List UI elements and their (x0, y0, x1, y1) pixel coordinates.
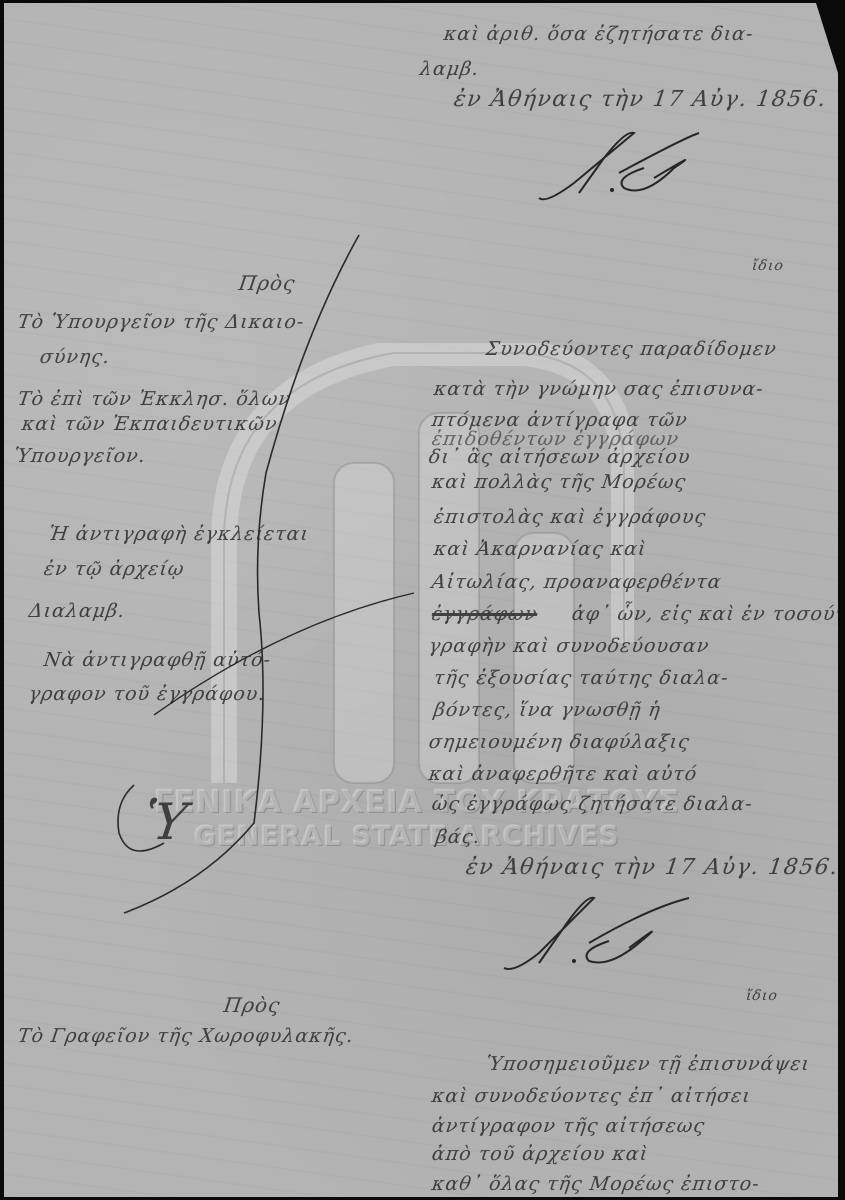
body-line-1: Συνοδεύοντες παραδίδομεν (484, 338, 778, 360)
second-body-line-4: ἀπὸ τοῦ ἀρχείου καὶ (430, 1143, 649, 1165)
middle-right-marker: ἴδιο (745, 988, 779, 1004)
body-line-15: καὶ ἀναφερθῆτε καὶ αὐτό (427, 763, 698, 785)
body-line-12: τῆς ἐξουσίας ταύτης διαλα- (432, 667, 730, 689)
body-line-9: Αἰτωλίας, προαναφερθέντα (430, 571, 723, 593)
manuscript-page: ΓΕΝΙΚΑ ΑΡΧΕΙΑ ΤΟΥ ΚΡΑΤΟΥΣ GENERAL STATE … (4, 3, 838, 1197)
body-line-6: καὶ πολλὰς τῆς Μορέως (430, 471, 687, 493)
body-date-line: ἐν Ἀθήναις τὴν 17 Αὐγ. 1856. (464, 855, 838, 880)
body-line-14: σημειουμένη διαφύλαξις (427, 731, 691, 753)
body-line-5: δι᾽ ἃς αἰτήσεων ἀρχείου (427, 446, 692, 468)
body-line-16: ὡς ἐγγράφως ζητήσατε διαλα- (430, 793, 754, 815)
signature-middle (499, 893, 699, 983)
body-line-7: ἐπιστολὰς καὶ ἐγγράφους (432, 506, 707, 528)
body-line-8: καὶ Ἀκαρνανίας καὶ (432, 538, 648, 560)
second-body-line-1: Ὑποσημειοῦμεν τῇ ἐπισυνάψει (484, 1053, 811, 1075)
body-line-10-rest: ἀφ᾽ ὧν, εἰς καὶ ἐν τοσούτῳ (570, 603, 838, 625)
body-line-17: βάς. (434, 826, 482, 848)
body-line-11: γραφὴν καὶ συνοδεύουσαν (427, 635, 711, 657)
recipient-gendarmerie: Τὸ Γραφεῖον τῆς Χωροφυλακῆς. (16, 1025, 355, 1047)
second-body-line-2: καὶ συνοδεύοντες ἐπ᾽ αἰτήσει (430, 1085, 752, 1107)
second-body-line-3: ἀντίγραφον τῆς αἰτήσεως (430, 1115, 706, 1137)
second-body-line-5: καθ᾽ ὅλας τῆς Μορέως ἐπιστο- (430, 1173, 761, 1195)
salutation-pros-2: Πρὸς (222, 993, 282, 1017)
body-line-10: ἐγγράφων (430, 603, 538, 625)
body-line-2: κατὰ τὴν γνώμην σας ἐπισυνα- (432, 378, 765, 400)
struck-word: ἐγγράφων (430, 603, 538, 625)
cancellation-strokes (4, 3, 838, 1197)
body-line-13: βόντες, ἵνα γνωσθῇ ἡ (432, 699, 662, 721)
